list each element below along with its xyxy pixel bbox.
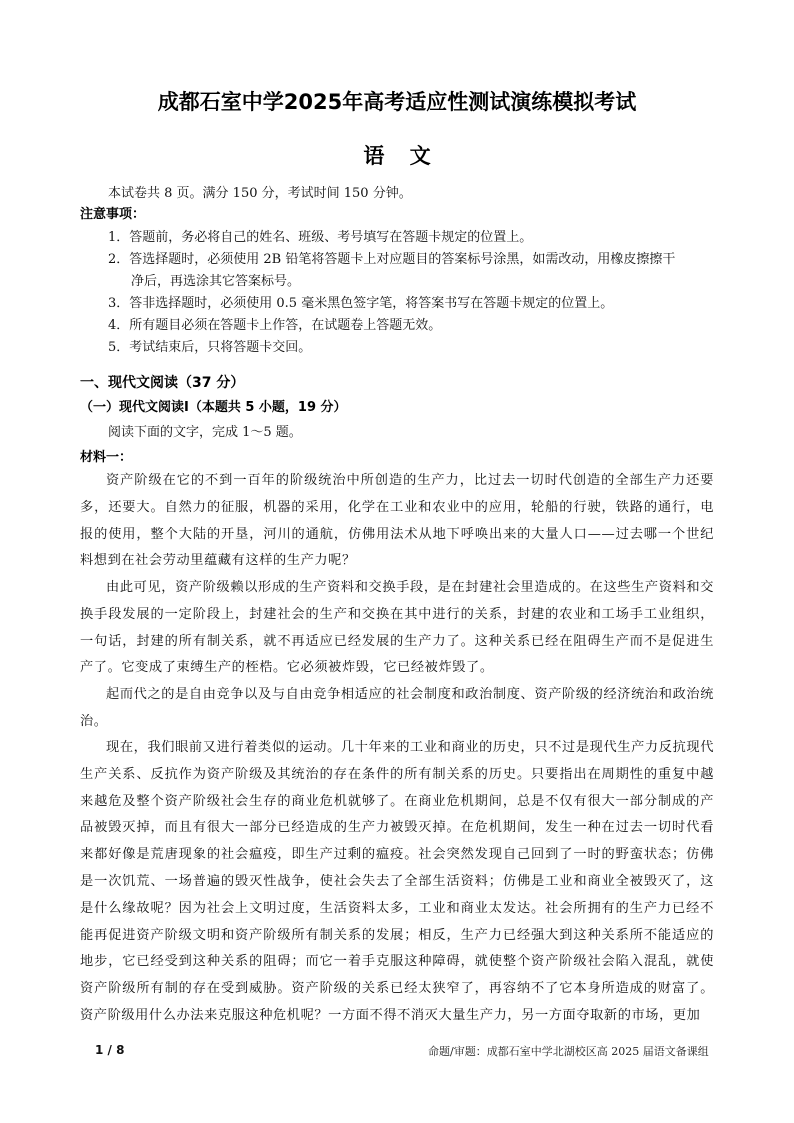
exam-title: 成都石室中学2025年高考适应性测试演练模拟考试 (0, 86, 794, 116)
exam-page: 成都石室中学2025年高考适应性测试演练模拟考试 语 文 本试卷共 8 页。满分… (0, 0, 794, 1123)
notice-item: 4．所有题目必须在答题卡上作答，在试题卷上答题无效。 (108, 317, 441, 335)
page-number: 1 / 8 (95, 1043, 124, 1057)
section-heading: 一、现代文阅读（37 分） (80, 374, 244, 392)
paragraph: 现在，我们眼前又进行着类似的运动。几十年来的工业和商业的历史，只不过是现代生产力… (80, 735, 714, 1030)
reading-instruction: 阅读下面的文字，完成 1～5 题。 (108, 424, 302, 442)
notice-item: 2．答选择题时，必须使用 2B 铅笔将答题卡上对应题目的答案标号涂黑，如需改动，… (108, 251, 675, 269)
notice-item: 3．答非选择题时，必须使用 0.5 毫米黑色签字笔，将答案书写在答题卡规定的位置… (108, 295, 613, 313)
footer-credit: 命题/审题：成都石室中学北湖校区高 2025 届语文备课组 (428, 1043, 709, 1059)
notice-item: 5．考试结束后，只将答题卡交回。 (108, 339, 311, 357)
paragraph: 由此可见，资产阶级赖以形成的生产资料和交换手段，是在封建社会里造成的。在这些生产… (80, 575, 714, 682)
material-label: 材料一： (80, 449, 132, 467)
exam-intro: 本试卷共 8 页。满分 150 分，考试时间 150 分钟。 (108, 185, 412, 203)
subsection-heading: （一）现代文阅读Ⅰ（本题共 5 小题，19 分） (80, 399, 347, 417)
notice-heading: 注意事项： (80, 206, 145, 224)
paragraph: 资产阶级在它的不到一百年的阶级统治中所创造的生产力，比过去一切时代创造的全部生产… (80, 468, 714, 575)
notice-item-continued: 净后，再选涂其它答案标号。 (131, 273, 300, 291)
notice-item: 1．答题前，务必将自己的姓名、班级、考号填写在答题卡规定的位置上。 (108, 229, 532, 247)
paragraph: 起而代之的是自由竞争以及与自由竞争相适应的社会制度和政治制度、资产阶级的经济统治… (80, 682, 714, 736)
subject-title: 语 文 (0, 140, 794, 170)
